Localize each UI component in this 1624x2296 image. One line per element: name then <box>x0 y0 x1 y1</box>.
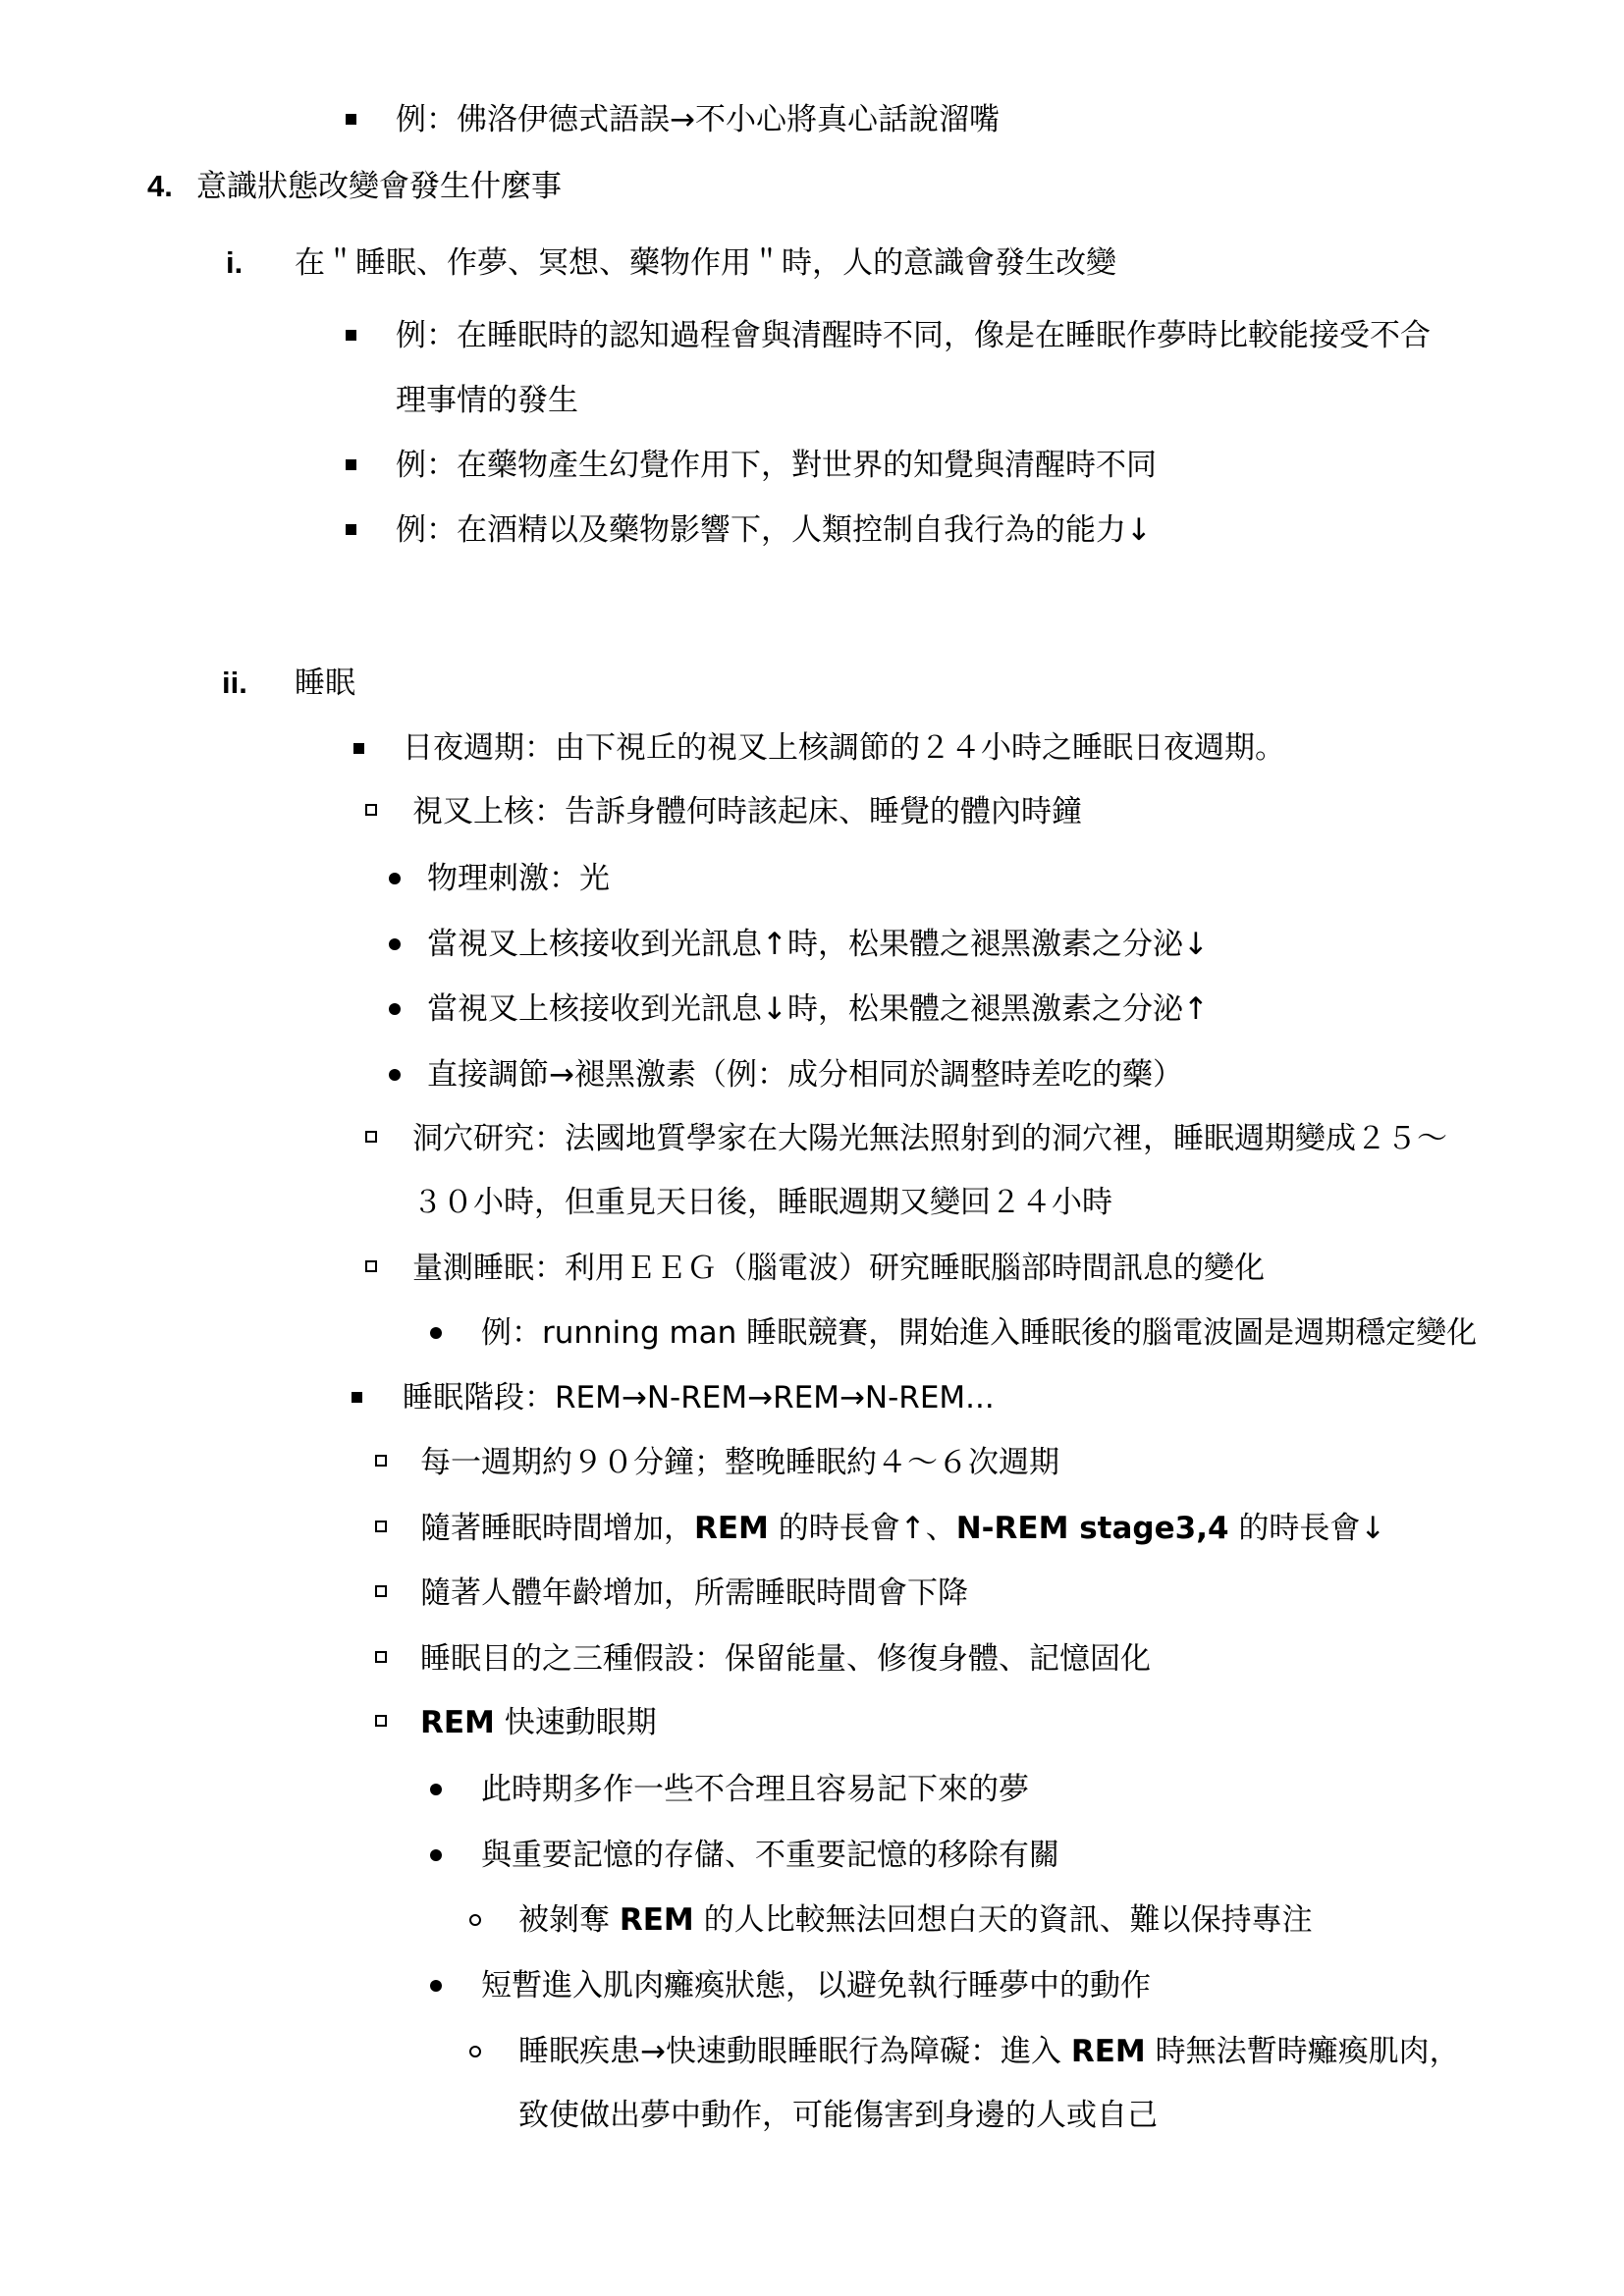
bullet-open-square-icon <box>365 1260 377 1272</box>
bullet-circle-icon <box>469 1914 481 1926</box>
bullet-open-square-icon <box>365 804 377 816</box>
rem-term: REM <box>620 1902 694 1938</box>
rbd-post: 時無法暫時癱瘓肌肉， <box>1146 2034 1460 2069</box>
section-number: 4. <box>147 167 173 206</box>
rem-increase-line: 隨著睡眠時間增加，REM 的時長會↑、N-REM stage3,4 的時長會↓ <box>420 1509 1385 1548</box>
example-sleep-cognition: 例：在睡眠時的認知過程會與清醒時不同，像是在睡眠作夢時比較能接受不合 <box>396 316 1431 355</box>
direct-regulation: 直接調節→褪黑激素（例：成分相同於調整時差吃的藥） <box>427 1055 1183 1095</box>
bullet-open-square-icon <box>375 1715 387 1727</box>
light-down-melatonin-up: 當視叉上核接收到光訊息↓時，松果體之褪黑激素之分泌↑ <box>427 989 1209 1029</box>
subsection-text: 在＂睡眠、作夢、冥想、藥物作用＂時，人的意識會發生改變 <box>295 243 1116 283</box>
muscle-paralysis: 短暫進入肌肉癱瘓狀態，以避免執行睡夢中的動作 <box>481 1966 1151 2005</box>
rem-increase-pre: 隨著睡眠時間增加， <box>420 1511 694 1546</box>
bullet-square-icon <box>346 459 356 470</box>
rem-term: REM <box>1071 2034 1146 2069</box>
bullet-square-icon <box>346 330 356 341</box>
measure-sleep: 量測睡眠：利用ＥＥＧ（腦電波）研究睡眠腦部時間訊息的變化 <box>412 1249 1265 1288</box>
rbd-disorder-cont: 致使做出夢中動作，可能傷害到身邊的人或自己 <box>518 2096 1158 2135</box>
sleep-hypotheses: 睡眠目的之三種假設：保留能量、修復身體、記憶固化 <box>420 1639 1151 1679</box>
example-drug-hallucination: 例：在藥物產生幻覺作用下，對世界的知覺與清醒時不同 <box>396 446 1157 485</box>
cave-study: 洞穴研究：法國地質學家在大陽光無法照射到的洞穴裡，睡眠週期變成２５～ <box>412 1119 1447 1158</box>
section-heading: 意識狀態改變會發生什麼事 <box>196 167 562 206</box>
bullet-square-icon <box>352 1392 362 1403</box>
cycle-duration: 每一週期約９０分鐘；整晚睡眠約４～６次週期 <box>420 1443 1059 1482</box>
bullet-dot-icon <box>389 1003 401 1015</box>
physical-stimulus: 物理刺激：光 <box>427 859 610 898</box>
subsection-sleep: 睡眠 <box>295 664 355 703</box>
example-alcohol: 例：在酒精以及藥物影響下，人類控制自我行為的能力↓ <box>396 510 1152 550</box>
cave-study-cont: ３０小時，但重見天日後，睡眠週期又變回２４小時 <box>412 1183 1112 1222</box>
bullet-circle-icon <box>469 2046 481 2057</box>
bullet-dot-icon <box>430 1980 442 1992</box>
rbd-disorder: 睡眠疾患→快速動眼睡眠行為障礙：進入 REM 時無法暫時癱瘓肌肉， <box>518 2032 1460 2071</box>
bullet-dot-icon <box>430 1849 442 1861</box>
rem-deprivation-post: 的人比較無法回想白天的資訊、難以保持專注 <box>694 1902 1313 1938</box>
rem-memory: 與重要記憶的存儲、不重要記憶的移除有關 <box>481 1836 1059 1875</box>
bullet-open-square-icon <box>375 1585 387 1597</box>
running-man-example: 例：running man 睡眠競賽，開始進入睡眠後的腦電波圖是週期穩定變化 <box>481 1313 1477 1353</box>
scn-definition: 視叉上核：告訴身體何時該起床、睡覺的體內時鐘 <box>412 792 1082 831</box>
bullet-open-square-icon <box>375 1455 387 1467</box>
rem-deprivation-pre: 被剝奪 <box>518 1902 620 1938</box>
bullet-open-square-icon <box>375 1521 387 1532</box>
rem-heading-text: 快速動眼期 <box>495 1705 657 1740</box>
rem-term: REM <box>694 1511 769 1546</box>
sleep-stages: 睡眠階段：REM→N-REM→REM→N-REM... <box>403 1378 995 1417</box>
age-sleep: 隨著人體年齡增加，所需睡眠時間會下降 <box>420 1574 968 1613</box>
rem-deprivation: 被剝奪 REM 的人比較無法回想白天的資訊、難以保持專注 <box>518 1900 1313 1940</box>
nrem-term: N-REM stage3,4 <box>956 1511 1229 1546</box>
rem-increase-mid: 的時長會↑、 <box>769 1511 956 1546</box>
rbd-pre: 睡眠疾患→快速動眼睡眠行為障礙：進入 <box>518 2034 1071 2069</box>
bullet-open-square-icon <box>375 1651 387 1663</box>
rem-dreams: 此時期多作一些不合理且容易記下來的夢 <box>481 1770 1029 1809</box>
bullet-dot-icon <box>430 1327 442 1339</box>
bullet-square-icon <box>346 114 356 125</box>
light-up-melatonin-down: 當視叉上核接收到光訊息↑時，松果體之褪黑激素之分泌↓ <box>427 925 1209 964</box>
example-freudian-slip: 例：佛洛伊德式語誤→不小心將真心話說溜嘴 <box>396 100 1000 139</box>
bullet-open-square-icon <box>365 1131 377 1143</box>
bullet-dot-icon <box>389 938 401 950</box>
bullet-dot-icon <box>389 1069 401 1081</box>
bullet-square-icon <box>353 743 364 754</box>
rem-increase-post: 的時長會↓ <box>1229 1511 1386 1546</box>
subsection-numeral: ii. <box>222 664 247 703</box>
bullet-dot-icon <box>389 873 401 884</box>
rem-heading: REM 快速動眼期 <box>420 1703 657 1742</box>
rem-term: REM <box>420 1705 495 1740</box>
circadian-rhythm: 日夜週期：由下視丘的視叉上核調節的２４小時之睡眠日夜週期。 <box>403 728 1285 768</box>
subsection-numeral: i. <box>226 243 243 283</box>
example-sleep-cognition-cont: 理事情的發生 <box>396 381 578 420</box>
bullet-dot-icon <box>430 1784 442 1795</box>
bullet-square-icon <box>346 524 356 535</box>
